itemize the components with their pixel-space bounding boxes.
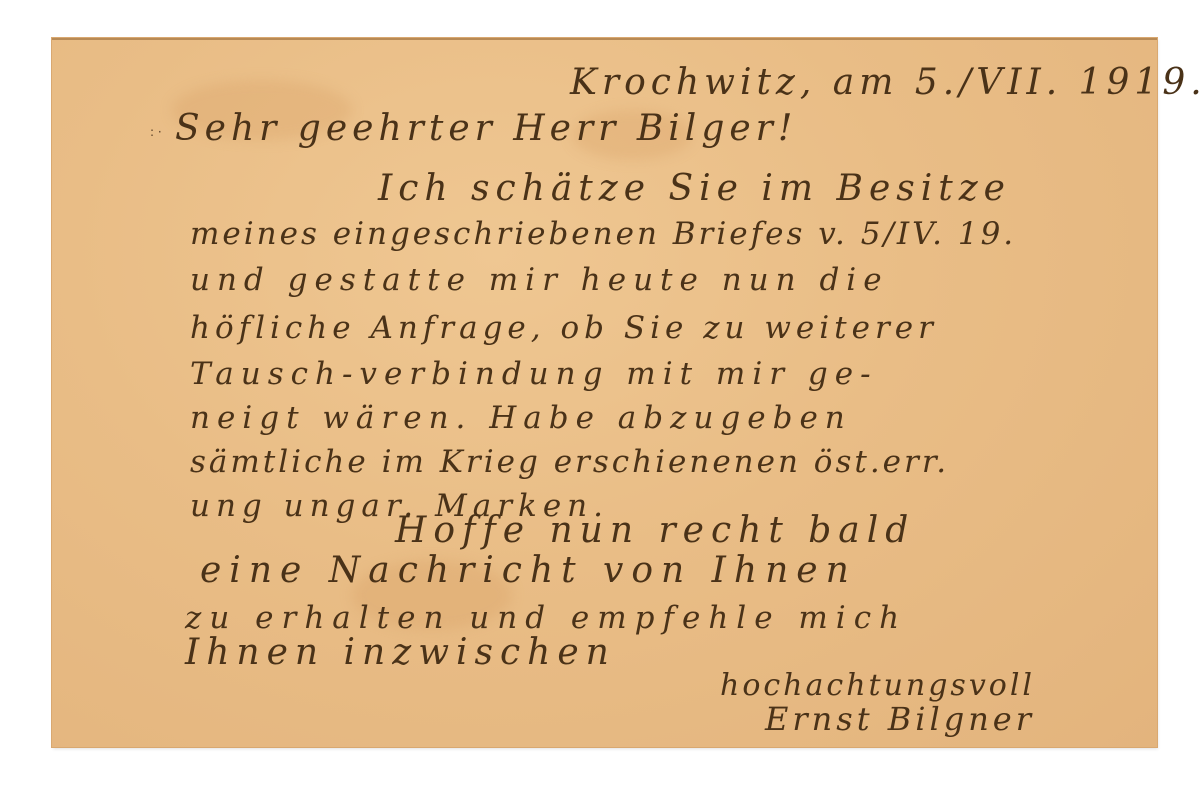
closing: hochachtungsvoll (720, 668, 1035, 703)
signature: Ernst Bilgner (765, 700, 1035, 738)
body-line-9: Hoffe nun recht bald (395, 510, 915, 551)
body-line-7: sämtliche im Krieg erschienenen öst.err. (190, 444, 949, 480)
body-line-4: höfliche Anfrage, ob Sie zu weiterer (190, 310, 938, 346)
body-line-5: Tausch-verbindung mit mir ge- (190, 356, 878, 392)
body-line-1: Ich schätze Sie im Besitze (378, 168, 1011, 209)
body-line-10: eine Nachricht von Ihnen (200, 550, 857, 591)
body-line-2: meines eingeschriebenen Briefes v. 5/IV.… (190, 216, 1016, 252)
body-line-11: zu erhalten und empfehle mich (185, 600, 907, 636)
body-line-12: Ihnen inzwischen (185, 632, 616, 673)
body-line-3: und gestatte mir heute nun die (190, 262, 889, 298)
ink-specks: : · (150, 125, 162, 139)
salutation: Sehr geehrter Herr Bilger! (175, 108, 797, 149)
body-line-6: neigt wären. Habe abzugeben (190, 400, 852, 436)
page: : · Krochwitz, am 5./VII. 1919. Sehr gee… (0, 0, 1200, 795)
place-date: Krochwitz, am 5./VII. 1919. (570, 62, 1200, 103)
